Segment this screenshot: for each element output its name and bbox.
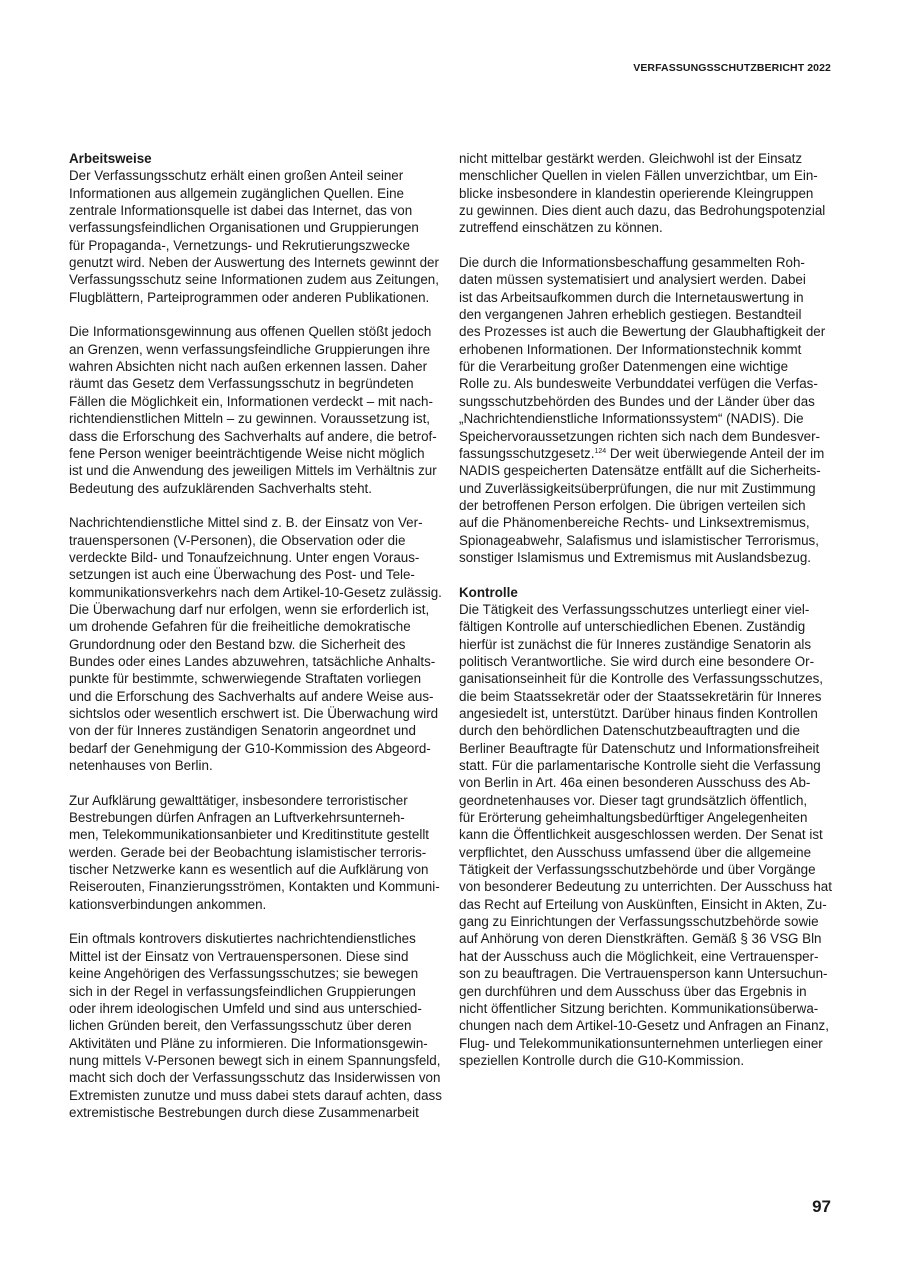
text-line: statt. Für die parlamentarische Kontroll… [459, 757, 844, 774]
text-line: für Propaganda-, Vernetzungs- und Rekrut… [69, 237, 454, 254]
text-line: das Recht auf Erteilung von Auskünften, … [459, 896, 844, 913]
text-line: bedarf der Genehmigung der G10-Kommissio… [69, 740, 454, 757]
text-line: fene Person weniger beeinträchtigende We… [69, 445, 454, 462]
text-line: angesiedelt ist, unterstützt. Darüber hi… [459, 705, 844, 722]
footnote-reference[interactable]: 124 [594, 448, 606, 455]
text-line: NADIS gespeicherten Datensätze entfällt … [459, 462, 844, 479]
text-line: die beim Staatssekretär oder der Staatss… [459, 688, 844, 705]
text-line: Berliner Beauftragte für Datenschutz und… [459, 740, 844, 757]
paragraph: nicht mittelbar gestärkt werden. Gleichw… [459, 150, 844, 237]
text-line: ganisationseinheit für die Kontrolle des… [459, 670, 844, 687]
text-line: nicht mittelbar gestärkt werden. Gleichw… [459, 150, 844, 167]
text-line: Zur Aufklärung gewalttätiger, insbesonde… [69, 792, 454, 809]
text-line: kann die Öffentlichkeit ausgeschlossen w… [459, 826, 844, 843]
text-line: blicke insbesondere in klandestin operie… [459, 185, 844, 202]
page-number: 97 [812, 1197, 831, 1217]
text-line: Fällen die Möglichkeit ein, Informatione… [69, 393, 454, 410]
text-line: verdeckte Bild- und Tonaufzeichnung. Unt… [69, 549, 454, 566]
text-span: Der weit überwiegende Anteil der im [606, 446, 824, 461]
paragraph-kontrolle: Die Tätigkeit des Verfassungsschutzes un… [459, 601, 844, 1069]
section-heading-arbeitsweise: Arbeitsweise [69, 150, 454, 167]
text-line: Ein oftmals kontrovers diskutiertes nach… [69, 930, 454, 947]
text-line-with-footnote: fassungsschutzgesetz.124 Der weit überwi… [459, 445, 844, 462]
text-line: für Erörterung geheimhaltungsbedürftiger… [459, 809, 844, 826]
text-line: Flugblättern, Parteiprogrammen oder ande… [69, 289, 454, 306]
text-line: hat der Ausschuss auch die Möglichkeit, … [459, 948, 844, 965]
text-line: erhobenen Informationen. Der Information… [459, 341, 844, 358]
text-line: werden. Gerade bei der Beobachtung islam… [69, 844, 454, 861]
text-line: und Zuverlässigkeitsüberprüfungen, die n… [459, 480, 844, 497]
text-line: extremistische Bestrebungen durch diese … [69, 1104, 454, 1121]
text-line: Reiserouten, Finanzierungsströmen, Konta… [69, 878, 454, 895]
text-line: ist das Arbeitsaufkommen durch die Inter… [459, 289, 844, 306]
text-line: „Nachrichtendienstliche Informationssyst… [459, 410, 844, 427]
text-line: gang zu Einrichtungen der Verfassungssch… [459, 913, 844, 930]
text-line: der betroffenen Person erfolgen. Die übr… [459, 497, 844, 514]
text-line: auf die Phänomenbereiche Rechts- und Lin… [459, 514, 844, 531]
text-line: dass die Erforschung des Sachverhalts au… [69, 428, 454, 445]
paragraph: Die Informationsgewinnung aus offenen Qu… [69, 323, 454, 496]
left-column: Arbeitsweise Der Verfassungsschutz erhäl… [69, 150, 454, 1121]
text-line: genutzt wird. Neben der Auswertung des I… [69, 254, 454, 271]
text-line: nung mittels V-Personen bewegt sich in e… [69, 1052, 454, 1069]
text-line: zu gewinnen. Dies dient auch dazu, das B… [459, 202, 844, 219]
text-line: Speichervoraussetzungen richten sich nac… [459, 428, 844, 445]
text-line: geordnetenhauses vor. Dieser tagt grunds… [459, 792, 844, 809]
text-line: ist und die Anwendung des jeweiligen Mit… [69, 462, 454, 479]
text-line: Nachrichtendienstliche Mittel sind z. B.… [69, 514, 454, 531]
text-line: und die Erforschung des Sachverhalts auf… [69, 688, 454, 705]
text-line: men, Telekommunikationsanbieter und Kred… [69, 826, 454, 843]
text-line: Tätigkeit der Verfassungsschutzbehörde u… [459, 861, 844, 878]
text-line: von der für Inneres zuständigen Senatori… [69, 722, 454, 739]
text-line: zutreffend einschätzen zu können. [459, 219, 844, 236]
text-line: macht sich doch der Verfassungsschutz da… [69, 1069, 454, 1086]
text-line: Extremisten zunutze und muss dabei stets… [69, 1087, 454, 1104]
right-column: nicht mittelbar gestärkt werden. Gleichw… [459, 150, 844, 1069]
text-line: trauenspersonen (V-Personen), die Observ… [69, 532, 454, 549]
text-line: fältigen Kontrolle auf unterschiedlichen… [459, 618, 844, 635]
text-line: keine Angehörigen des Verfassungsschutze… [69, 965, 454, 982]
text-line: hierfür ist zunächst die für Inneres zus… [459, 636, 844, 653]
text-line: tischer Netzwerke kann es wesentlich auf… [69, 861, 454, 878]
text-line: politisch Verantwortliche. Sie wird durc… [459, 653, 844, 670]
text-line: auf Anhörung von deren Dienstkräften. Ge… [459, 930, 844, 947]
text-line: an Grenzen, wenn verfassungsfeindliche G… [69, 341, 454, 358]
text-line: sichtslos oder wesentlich erschwert ist.… [69, 705, 454, 722]
text-line: Bestrebungen dürfen Anfragen an Luftverk… [69, 809, 454, 826]
text-line: sich in der Regel in verfassungsfeindlic… [69, 983, 454, 1000]
text-line: daten müssen systematisiert und analysie… [459, 271, 844, 288]
text-line: speziellen Kontrolle durch die G10-Kommi… [459, 1052, 844, 1069]
text-line: Informationen aus allgemein zugänglichen… [69, 185, 454, 202]
text-line: lichen Gründen bereit, den Verfassungssc… [69, 1017, 454, 1034]
text-line: sonstiger Islamismus und Extremismus mit… [459, 549, 844, 566]
text-line: verpflichtet, den Ausschuss umfassend üb… [459, 844, 844, 861]
running-header-title: VERFASSUNGSSCHUTZBERICHT 2022 [633, 62, 831, 74]
text-line: wahren Absichten nicht nach außen erkenn… [69, 358, 454, 375]
text-line: des Prozesses ist auch die Bewertung der… [459, 323, 844, 340]
text-line: von Berlin in Art. 46a einen besonderen … [459, 774, 844, 791]
text-line: Rolle zu. Als bundesweite Verbunddatei v… [459, 375, 844, 392]
section-heading-kontrolle: Kontrolle [459, 584, 844, 601]
text-line: Die Tätigkeit des Verfassungsschutzes un… [459, 601, 844, 618]
text-line: setzungen ist auch eine Überwachung des … [69, 566, 454, 583]
text-line: Flug- und Telekommunikationsunternehmen … [459, 1035, 844, 1052]
paragraph: Der Verfassungsschutz erhält einen große… [69, 167, 454, 306]
text-line: sungsschutzbehörden des Bundes und der L… [459, 393, 844, 410]
paragraph: Nachrichtendienstliche Mittel sind z. B.… [69, 514, 454, 774]
text-line: Grundordnung oder den Bestand bzw. die S… [69, 636, 454, 653]
paragraph-nadis: Die durch die Informationsbeschaffung ge… [459, 254, 844, 566]
text-line: Der Verfassungsschutz erhält einen große… [69, 167, 454, 184]
text-line: Die Überwachung darf nur erfolgen, wenn … [69, 601, 454, 618]
paragraph: Zur Aufklärung gewalttätiger, insbesonde… [69, 792, 454, 913]
text-line: zentrale Informationsquelle ist dabei da… [69, 202, 454, 219]
text-line: gen durchführen und dem Ausschuss über d… [459, 983, 844, 1000]
text-line: menschlicher Quellen in vielen Fällen un… [459, 167, 844, 184]
text-line: chungen nach dem Artikel-10-Gesetz und A… [459, 1017, 844, 1034]
text-line: richtendienstlichen Mitteln – zu gewinne… [69, 410, 454, 427]
text-line: für die Verarbeitung großer Datenmengen … [459, 358, 844, 375]
text-line: kommunikationsverkehrs nach dem Artikel-… [69, 584, 454, 601]
text-line: verfassungsfeindlichen Organisationen un… [69, 219, 454, 236]
text-line: Mittel ist der Einsatz von Vertrauensper… [69, 948, 454, 965]
paragraph: Ein oftmals kontrovers diskutiertes nach… [69, 930, 454, 1121]
text-line: Bedeutung des aufzuklärenden Sachverhalt… [69, 480, 454, 497]
text-line: Die Informationsgewinnung aus offenen Qu… [69, 323, 454, 340]
text-line: Aktivitäten und Pläne zu informieren. Di… [69, 1035, 454, 1052]
text-line: um drohende Gefahren für die freiheitlic… [69, 618, 454, 635]
text-line: son zu beauftragen. Die Vertrauensperson… [459, 965, 844, 982]
text-line: punkte für bestimmte, schwerwiegende Str… [69, 670, 454, 687]
text-line: Verfassungsschutz seine Informationen zu… [69, 271, 454, 288]
text-line: Die durch die Informationsbeschaffung ge… [459, 254, 844, 271]
text-line: netenhauses von Berlin. [69, 757, 454, 774]
text-line: räumt das Gesetz dem Verfassungsschutz i… [69, 375, 454, 392]
text-line: nicht öffentlicher Sitzung berichten. Ko… [459, 1000, 844, 1017]
text-line: durch den behördlichen Datenschutzbeauft… [459, 722, 844, 739]
text-span: fassungsschutzgesetz. [459, 446, 594, 461]
text-line: Bundes oder eines Landes abzuwehren, tat… [69, 653, 454, 670]
text-line: Spionageabwehr, Salafismus und islamisti… [459, 532, 844, 549]
text-line: von besonderer Bedeutung zu unterrichten… [459, 878, 844, 895]
text-line: kationsverbindungen ankommen. [69, 896, 454, 913]
text-line: oder ihrem ideologischen Umfeld und sind… [69, 1000, 454, 1017]
text-line: den vergangenen Jahren erheblich gestieg… [459, 306, 844, 323]
